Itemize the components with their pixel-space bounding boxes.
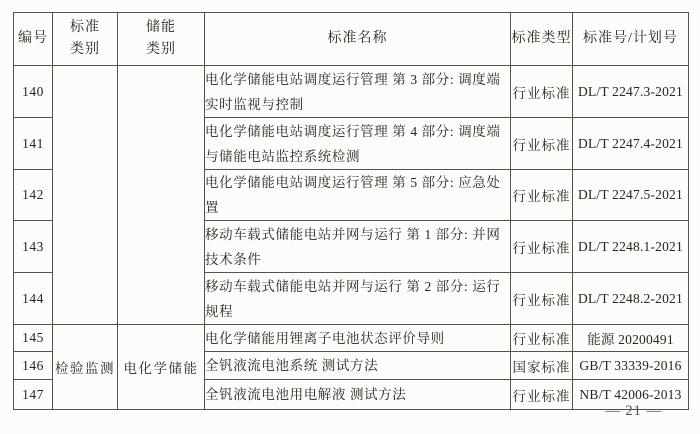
standard-type-cell: 行业标准 xyxy=(511,325,573,352)
row-number-cell: 147 xyxy=(14,380,53,410)
header-number: 编号 xyxy=(14,13,53,66)
row-number-cell: 140 xyxy=(14,66,53,118)
table-row-140: 140 电化学储能电站调度运行管理 第 3 部分: 调度端实时监视与控制 行业标… xyxy=(14,66,689,118)
standard-type-cell: 行业标准 xyxy=(511,118,573,170)
header-storage-category-line2: 类别 xyxy=(118,39,204,61)
standard-name-cell: 全钒液流电池用电解液 测试方法 xyxy=(205,380,511,410)
std-category-cell-145-147: 检验监测 xyxy=(53,325,118,410)
row-number-cell: 145 xyxy=(14,325,53,352)
standard-name-cell: 电化学储能电站调度运行管理 第 4 部分: 调度端与储能电站监控系统检测 xyxy=(205,118,511,170)
standard-name-cell: 电化学储能电站调度运行管理 第 5 部分: 应急处置 xyxy=(205,170,511,221)
standard-code-cell: GB/T 33339-2016 xyxy=(573,352,689,380)
standard-type-cell: 行业标准 xyxy=(511,170,573,221)
standard-name-cell: 移动车载式储能电站并网与运行 第 1 部分: 并网技术条件 xyxy=(205,221,511,273)
storage-category-cell-140-144 xyxy=(118,66,205,325)
standard-code-cell: 能源 20200491 xyxy=(573,325,689,352)
header-std-category: 标准 类别 xyxy=(53,13,118,66)
header-standard-name: 标准名称 xyxy=(205,13,511,66)
header-std-category-line1: 标准 xyxy=(53,17,117,39)
row-number-cell: 141 xyxy=(14,118,53,170)
standards-table: 编号 标准 类别 储能 类别 标准名称 标准类型 标准号/计划号 140 电化学… xyxy=(13,12,689,410)
row-number-cell: 143 xyxy=(14,221,53,273)
standard-name-cell: 电化学储能电站调度运行管理 第 3 部分: 调度端实时监视与控制 xyxy=(205,66,511,118)
standard-type-cell: 行业标准 xyxy=(511,221,573,273)
storage-category-cell-145-147: 电化学储能 xyxy=(118,325,205,410)
standard-type-cell: 行业标准 xyxy=(511,380,573,410)
standard-code-cell: DL/T 2248.2-2021 xyxy=(573,273,689,325)
row-number-cell: 146 xyxy=(14,352,53,380)
header-storage-category: 储能 类别 xyxy=(118,13,205,66)
header-standard-type: 标准类型 xyxy=(511,13,573,66)
std-category-cell-140-144 xyxy=(53,66,118,325)
page-number: — 21 — xyxy=(605,403,662,420)
header-std-category-line2: 类别 xyxy=(53,39,117,61)
standard-code-cell: DL/T 2247.4-2021 xyxy=(573,118,689,170)
standard-code-cell: DL/T 2247.3-2021 xyxy=(573,66,689,118)
standard-name-cell: 全钒液流电池系统 测试方法 xyxy=(205,352,511,380)
row-number-cell: 142 xyxy=(14,170,53,221)
document-page: 编号 标准 类别 储能 类别 标准名称 标准类型 标准号/计划号 140 电化学… xyxy=(0,0,700,434)
standard-type-cell: 行业标准 xyxy=(511,66,573,118)
standard-code-cell: DL/T 2247.5-2021 xyxy=(573,170,689,221)
table-header-row: 编号 标准 类别 储能 类别 标准名称 标准类型 标准号/计划号 xyxy=(14,13,689,66)
table-row-145: 145 检验监测 电化学储能 电化学储能用锂离子电池状态评价导则 行业标准 能源… xyxy=(14,325,689,352)
standard-name-cell: 电化学储能用锂离子电池状态评价导则 xyxy=(205,325,511,352)
standard-name-cell: 移动车载式储能电站并网与运行 第 2 部分: 运行规程 xyxy=(205,273,511,325)
standard-type-cell: 行业标准 xyxy=(511,273,573,325)
standard-code-cell: DL/T 2248.1-2021 xyxy=(573,221,689,273)
row-number-cell: 144 xyxy=(14,273,53,325)
standard-type-cell: 国家标准 xyxy=(511,352,573,380)
header-storage-category-line1: 储能 xyxy=(118,17,204,39)
header-standard-code: 标准号/计划号 xyxy=(573,13,689,66)
